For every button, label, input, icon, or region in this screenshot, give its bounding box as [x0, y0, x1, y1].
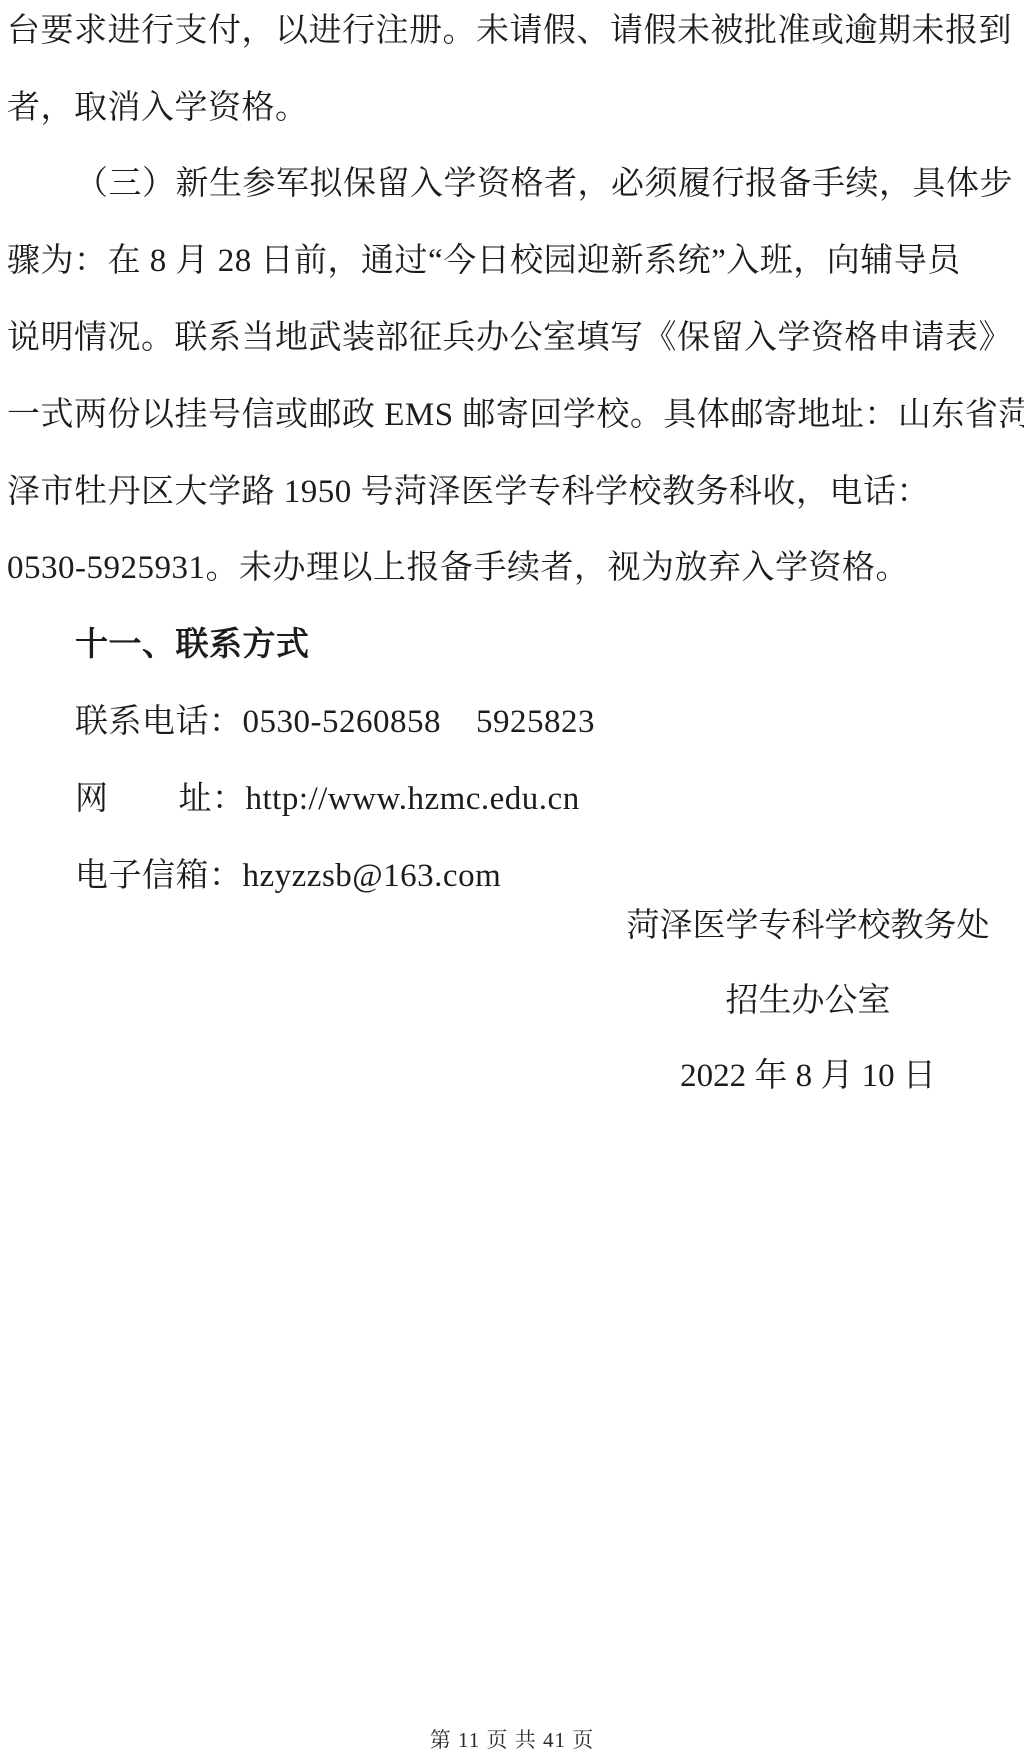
body-line: 说明情况。联系当地武装部征兵办公室填写《保留入学资格申请表》	[7, 296, 1017, 373]
body-line: 泽市牡丹区大学路 1950 号菏泽医学专科学校教务科收，电话：	[7, 450, 1017, 527]
body-line: 一式两份以挂号信或邮政 EMS 邮寄回学校。具体邮寄地址：山东省菏	[7, 373, 1017, 450]
signature-block: 菏泽医学专科学校教务处 招生办公室 2022 年 8 月 10 日	[592, 885, 1024, 1110]
body-line: 者，取消入学资格。	[7, 66, 1017, 143]
page-footer: 第 11 页 共 41 页	[0, 1722, 1024, 1756]
body-line: 骤为：在 8 月 28 日前，通过“今日校园迎新系统”入班，向辅导员	[7, 219, 1017, 296]
signature-office-line: 招生办公室	[592, 960, 1024, 1035]
paragraph-first-line: （三）新生参军拟保留入学资格者，必须履行报备手续，具体步	[7, 143, 1017, 220]
section-heading: 十一、联系方式	[7, 603, 1017, 680]
page-number-indicator: 第 11 页 共 41 页	[430, 1724, 594, 1754]
body-line: 台要求进行支付，以进行注册。未请假、请假未被批准或逾期未报到	[7, 0, 1017, 66]
signature-org-line: 菏泽医学专科学校教务处	[592, 885, 1024, 960]
document-body: 台要求进行支付，以进行注册。未请假、请假未被批准或逾期未报到 者，取消入学资格。…	[7, 0, 1017, 911]
contact-website-line: 网 址：http://www.hzmc.edu.cn	[7, 757, 1017, 834]
signature-date: 2022 年 8 月 10 日	[592, 1035, 1024, 1110]
contact-phone-line: 联系电话：0530-5260858 5925823	[7, 680, 1017, 757]
body-line: 0530-5925931。未办理以上报备手续者，视为放弃入学资格。	[7, 527, 1017, 604]
document-page: 台要求进行支付，以进行注册。未请假、请假未被批准或逾期未报到 者，取消入学资格。…	[0, 0, 1024, 1762]
